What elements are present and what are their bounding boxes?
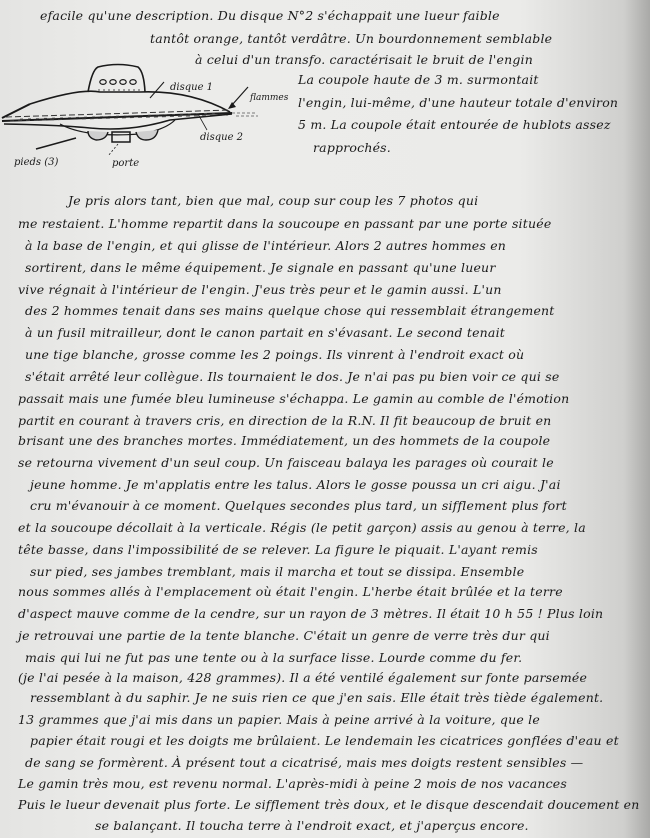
hublots-icon	[100, 80, 136, 85]
saucer-sketch: disque 1 flammes disque 2 pieds (3) port…	[0, 55, 290, 185]
text-line: La coupole haute de 3 m. surmontait	[298, 72, 539, 87]
text-line: une tige blanche, grosse comme les 2 poi…	[25, 347, 524, 362]
text-line: cru m'évanouir à ce moment. Quelques sec…	[30, 498, 567, 513]
text-line: tantôt orange, tantôt verdâtre. Un bourd…	[150, 31, 552, 46]
text-line: sortirent, dans le même équipement. Je s…	[25, 260, 496, 275]
text-line: à la base de l'engin, et qui glisse de l…	[25, 238, 506, 253]
text-line: nous sommes allés à l'emplacement où éta…	[18, 584, 563, 599]
text-line: de sang se formèrent. À présent tout a c…	[25, 755, 583, 770]
text-line: à un fusil mitrailleur, dont le canon pa…	[25, 325, 505, 340]
text-line: papier était rougi et les doigts me brûl…	[30, 733, 619, 748]
text-line: Le gamin très mou, est revenu normal. L'…	[18, 776, 567, 791]
text-line: l'engin, lui-même, d'une hauteur totale …	[298, 95, 618, 110]
text-line: passait mais une fumée bleu lumineuse s'…	[18, 391, 569, 406]
document-page: disque 1 flammes disque 2 pieds (3) port…	[0, 0, 650, 838]
text-line: je retrouvai une partie de la tente blan…	[18, 628, 550, 643]
label-flammes: flammes	[249, 93, 289, 103]
text-line: vive régnait à l'intérieur de l'engin. J…	[18, 282, 502, 297]
label-pieds: pieds (3)	[14, 157, 58, 168]
text-line: tête basse, dans l'impossibilité de se r…	[18, 542, 538, 557]
text-line: mais qui lui ne fut pas une tente ou à l…	[25, 650, 522, 665]
text-line: ressemblant à du saphir. Je ne suis rien…	[30, 690, 603, 705]
text-line: brisant une des branches mortes. Immédia…	[18, 433, 550, 448]
text-line: des 2 hommes tenait dans ses mains quelq…	[25, 303, 555, 318]
text-line: jeune homme. Je m'applatis entre les tal…	[30, 477, 561, 492]
text-line: s'était arrêté leur collègue. Ils tourna…	[25, 369, 559, 384]
text-line: (je l'ai pesée à la maison, 428 grammes)…	[18, 670, 587, 685]
text-line: sur pied, ses jambes tremblant, mais il …	[30, 564, 524, 579]
text-line: et la soucoupe décollait à la verticale.…	[18, 520, 586, 535]
text-line: partit en courant à travers cris, en dir…	[18, 413, 551, 428]
label-disque-1: disque 1	[170, 82, 213, 93]
text-line: se balançant. Il toucha terre à l'endroi…	[95, 818, 529, 833]
text-line: Je pris alors tant, bien que mal, coup s…	[68, 193, 478, 208]
label-disque-2: disque 2	[200, 132, 243, 143]
text-line: se retourna vivement d'un seul coup. Un …	[18, 455, 554, 470]
text-line: efacile qu'une description. Du disque N°…	[40, 8, 500, 23]
text-line: rapprochés.	[313, 140, 391, 155]
label-porte: porte	[112, 158, 139, 169]
text-line: Puis le lueur devenait plus forte. Le si…	[18, 797, 639, 812]
text-line: 5 m. La coupole était entourée de hublot…	[298, 117, 611, 132]
text-line: à celui d'un transfo. caractérisait le b…	[195, 52, 533, 67]
text-line: 13 grammes que j'ai mis dans un papier. …	[18, 712, 540, 727]
text-line: d'aspect mauve comme de la cendre, sur u…	[18, 606, 603, 621]
text-line: me restaient. L'homme repartit dans la s…	[18, 216, 551, 231]
